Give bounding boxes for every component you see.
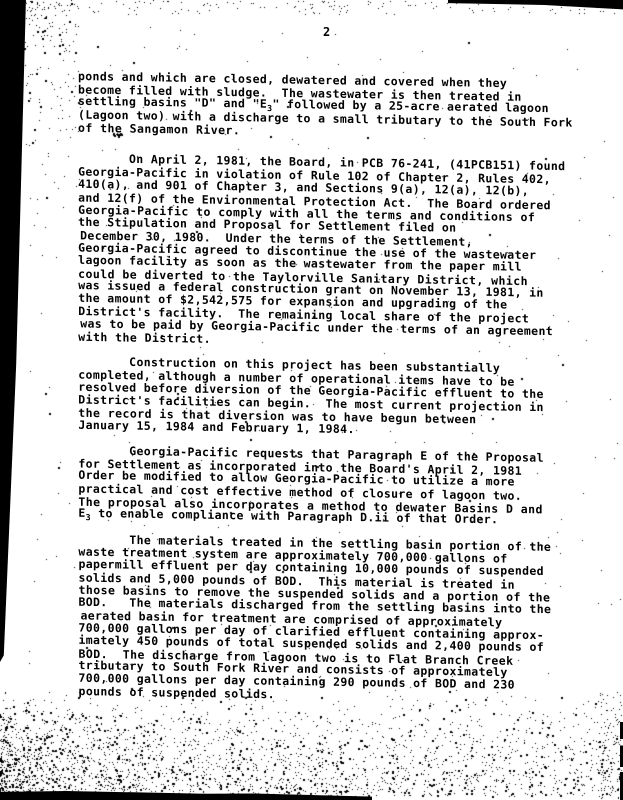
paragraph: The materials treated in the settling ba… bbox=[78, 533, 583, 706]
paragraph: ponds and which are closed, dewatered an… bbox=[78, 70, 583, 142]
paragraph: Construction on this project has been su… bbox=[78, 355, 583, 440]
scanned-document-page: 2 ponds and which are closed, dewatered … bbox=[0, 0, 623, 800]
paragraph: On April 2, 1981, the Board, in PCB 76-2… bbox=[78, 152, 583, 351]
scan-edge-top-artifact bbox=[448, 0, 623, 11]
subscript-3: 3 bbox=[86, 512, 91, 522]
scan-edge-left-artifact bbox=[0, 0, 27, 662]
page-number: 2 bbox=[323, 25, 330, 39]
scan-edge-bottom-artifact bbox=[0, 791, 372, 800]
document-text: ponds and which are closed, dewatered an… bbox=[78, 70, 584, 718]
paragraph: Georgia-Pacific requests that Paragraph … bbox=[78, 444, 583, 529]
